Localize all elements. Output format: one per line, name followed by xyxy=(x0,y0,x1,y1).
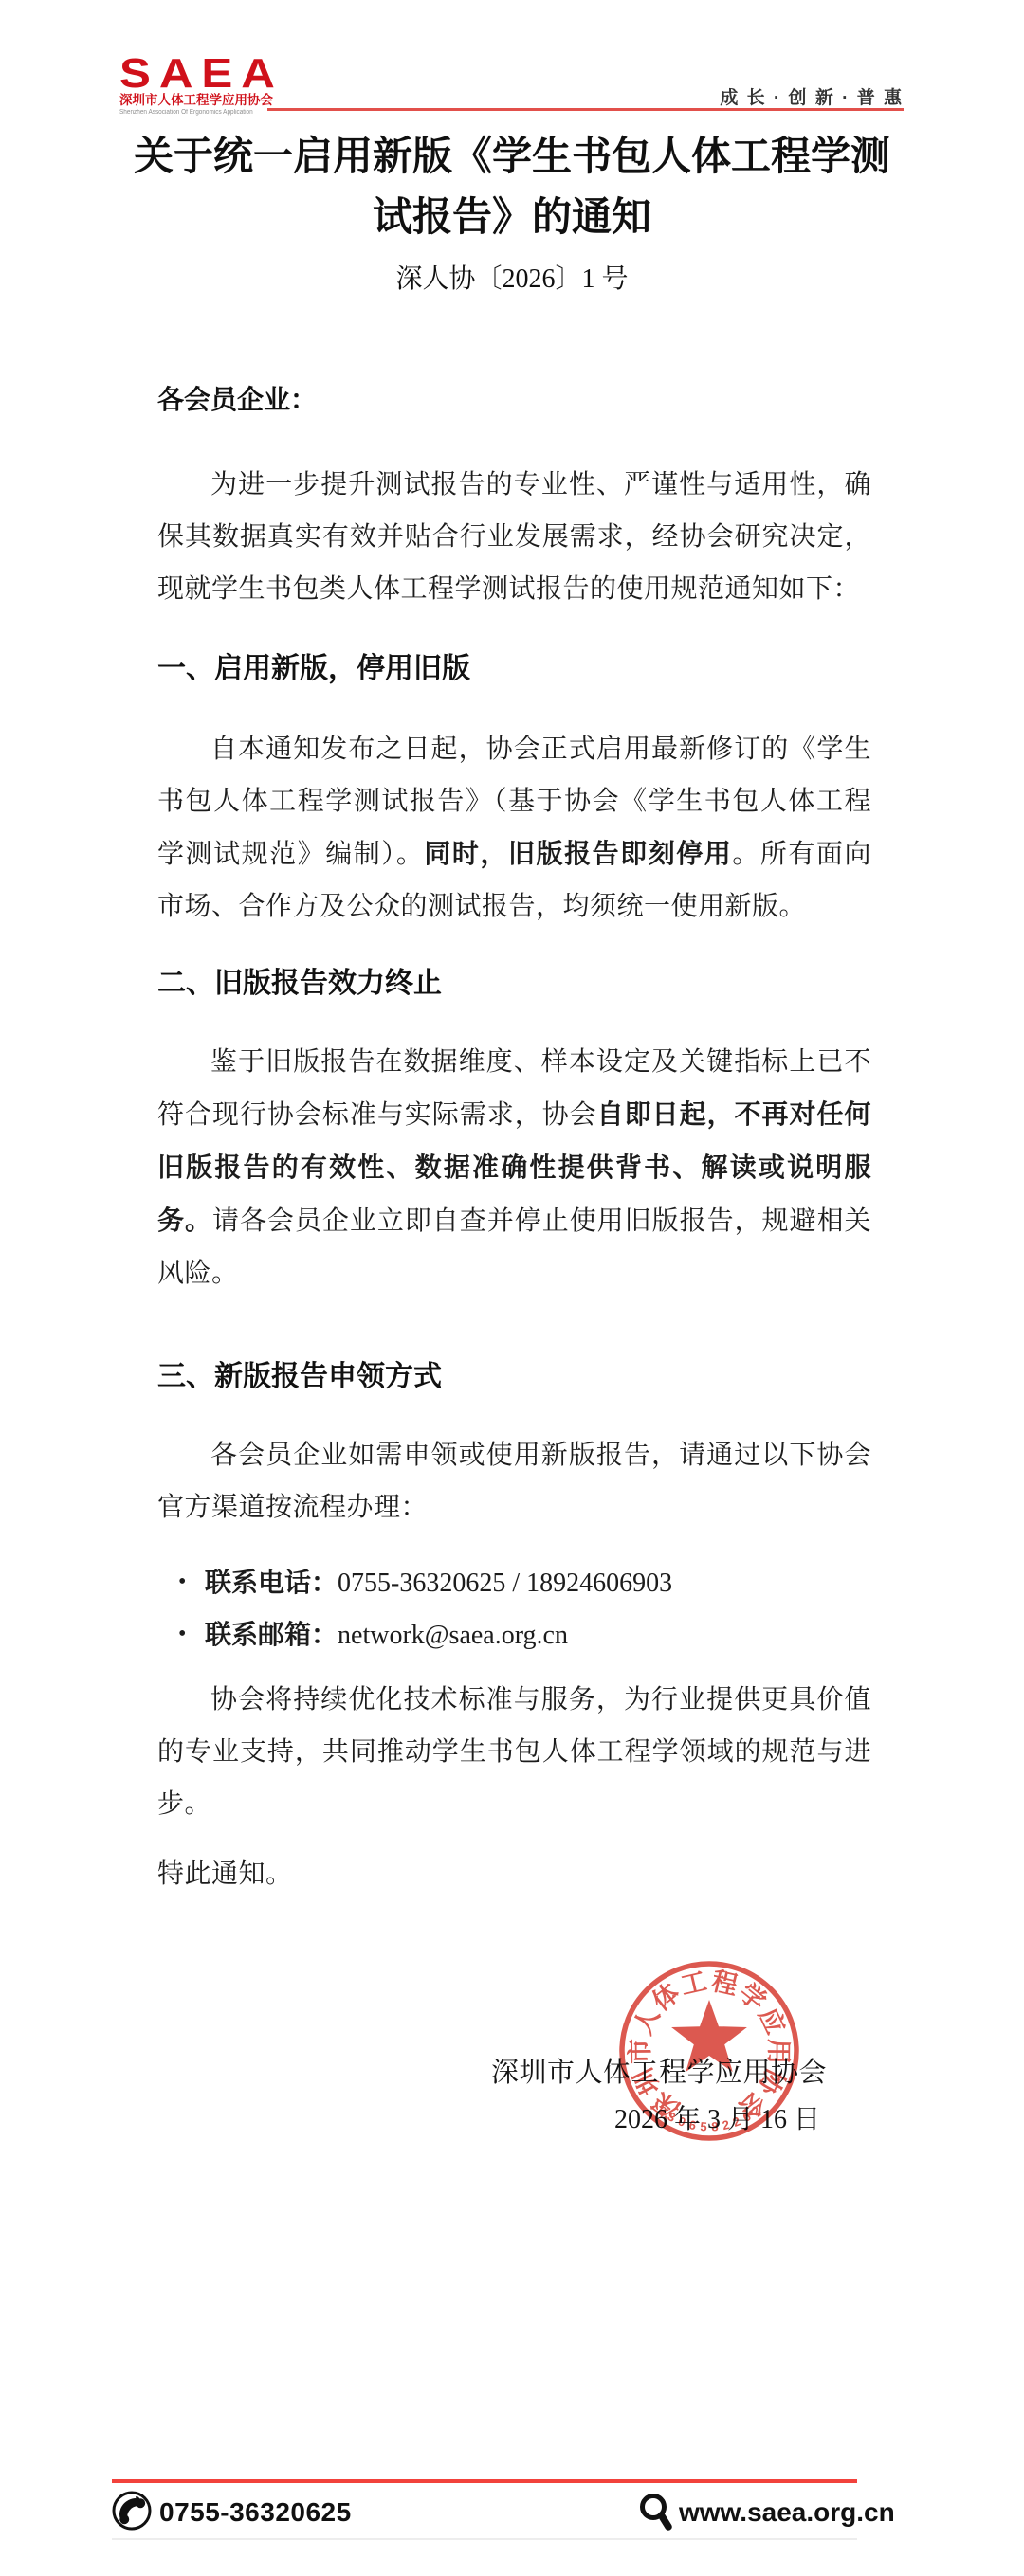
phone-icon xyxy=(111,2490,153,2531)
salutation: 各会员企业： xyxy=(157,383,871,417)
document-number: 深人协〔2026〕1 号 xyxy=(0,258,1024,296)
svg-text:程: 程 xyxy=(709,1966,741,2000)
svg-text:工: 工 xyxy=(678,1967,709,2000)
section-1-heading: 一、启用新版，停用旧版 xyxy=(157,652,871,686)
svg-text:2: 2 xyxy=(721,2117,730,2132)
official-stamp-svg: 深圳市人体工程学应用协会0306582262 xyxy=(616,1958,802,2144)
stamp-star-icon xyxy=(671,2000,747,2072)
footer-rule-line xyxy=(112,2479,857,2483)
footer-divider-line xyxy=(112,2538,857,2540)
section-3-heading: 三、新版报告申领方式 xyxy=(157,1360,871,1394)
contact-email-value: network@saea.org.cn xyxy=(338,1621,568,1650)
page-title: 关于统一启用新版《学生书包人体工程学测 试报告》的通知 xyxy=(85,127,939,248)
contact-phone-value: 0755-36320625 / 18924606903 xyxy=(338,1569,672,1598)
logo-name-en: Shenzhen Association Of Ergonomics Appli… xyxy=(119,109,285,117)
svg-text:用: 用 xyxy=(764,2039,793,2064)
logo-acronym: SAEA xyxy=(119,55,321,93)
section-1-text-bold: 同时，旧版报告即刻停用 xyxy=(424,839,732,868)
contact-email-row: •联系邮箱：network@saea.org.cn xyxy=(157,1608,871,1660)
svg-text:5: 5 xyxy=(700,2119,707,2133)
intro-paragraph: 为进一步提升测试报告的专业性、严谨性与适用性，确保其数据真实有效并贴合行业发展需… xyxy=(157,459,871,615)
section-2-paragraph: 鉴于旧版报告在数据维度、样本设定及关键指标上已不符合现行协会标准与实际需求，协会… xyxy=(157,1036,871,1299)
search-icon xyxy=(637,2492,677,2531)
contact-phone-label: 联系电话： xyxy=(205,1568,338,1597)
section-1-paragraph: 自本通知发布之日起，协会正式启用最新修订的《学生书包人体工程学测试报告》（基于协… xyxy=(157,723,871,933)
header-slogan: 成 长 · 创 新 · 普 惠 xyxy=(720,83,904,109)
section-2-heading: 二、旧版报告效力终止 xyxy=(157,967,871,1001)
svg-text:0: 0 xyxy=(676,2113,687,2130)
bullet-dot-icon: • xyxy=(178,1556,186,1608)
page-title-line2: 试报告》的通知 xyxy=(85,188,939,248)
contact-email-label: 联系邮箱： xyxy=(205,1620,338,1649)
page-title-line1: 关于统一启用新版《学生书包人体工程学测 xyxy=(85,127,939,188)
svg-text:6: 6 xyxy=(687,2117,697,2132)
svg-text:8: 8 xyxy=(711,2119,719,2133)
contact-phone-row: •联系电话：0755-36320625 / 18924606903 xyxy=(157,1556,871,1608)
final-note: 特此通知。 xyxy=(157,1848,871,1900)
svg-text:2: 2 xyxy=(731,2113,742,2130)
svg-text:市: 市 xyxy=(626,2039,654,2064)
footer-phone-number: 0755-36320625 xyxy=(159,2497,352,2528)
bullet-dot-icon: • xyxy=(178,1608,186,1660)
footer-website: www.saea.org.cn xyxy=(679,2497,895,2528)
section-3-paragraph: 各会员企业如需申领或使用新版报告，请通过以下协会官方渠道按流程办理： xyxy=(157,1429,871,1533)
header-rule-line xyxy=(267,108,904,111)
section-2-text-post: 请各会员企业立即自查并停止使用旧版报告，规避相关风险。 xyxy=(157,1206,871,1288)
closing-paragraph: 协会将持续优化技术标准与服务，为行业提供更具价值的专业支持，共同推动学生书包人体… xyxy=(157,1674,871,1830)
notice-document-page: SAEA 深圳市人体工程学应用协会 Shenzhen Association O… xyxy=(0,0,1024,2576)
